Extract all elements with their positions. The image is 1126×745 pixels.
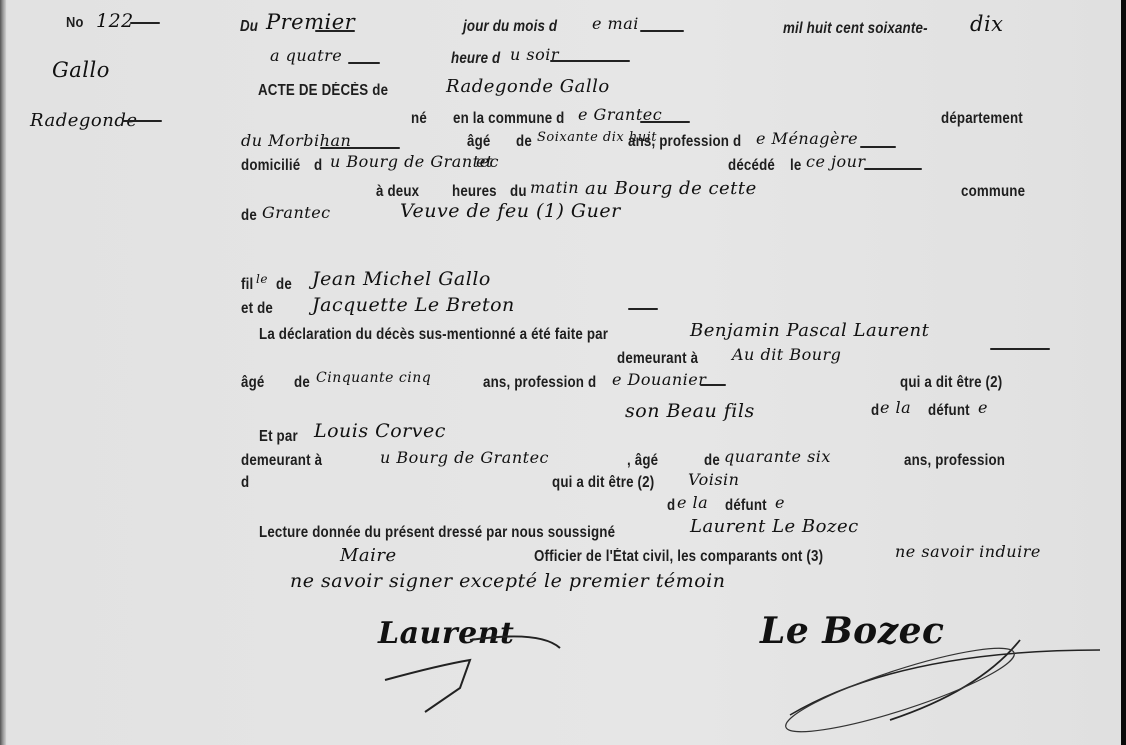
father-name-field: Jean Michel Gallo xyxy=(312,268,491,290)
year-suffix-field: dix xyxy=(970,12,1004,36)
ne-label: né xyxy=(411,110,427,128)
record-number-label: No xyxy=(66,14,84,31)
hour-field: a quatre xyxy=(270,46,342,65)
commune-label: en la commune d xyxy=(453,110,564,128)
statement-1-field: ne savoir induire xyxy=(895,542,1041,561)
margin-surname: Gallo xyxy=(52,58,110,82)
le-label: le xyxy=(790,157,801,175)
page-binding-edge xyxy=(0,0,6,745)
declarant1-name-underline xyxy=(990,348,1050,350)
acte-de-deces-label: ACTE DE DÉCÈS de xyxy=(258,82,388,100)
age-label: âgé xyxy=(467,133,490,151)
month-field: e mai xyxy=(592,14,639,33)
witness-signature: Laurent xyxy=(378,616,514,651)
heures-label: heures xyxy=(452,183,497,201)
officier-label: Officier de l'État civil, les comparants… xyxy=(534,548,823,566)
commune-underline xyxy=(640,121,690,123)
declarant1-age-de-label: de xyxy=(294,374,310,392)
declarant1-age-label: âgé xyxy=(241,374,264,392)
register-page: No 122 Gallo Radegonde Du Premier jour d… xyxy=(0,0,1126,745)
declarant2-de-label: d xyxy=(667,497,675,515)
declarant1-defunt-label: défunt xyxy=(928,402,970,420)
du-label: Du xyxy=(240,18,258,36)
profession-underline xyxy=(860,146,896,148)
statement-2-field: ne savoir signer excepté le premier témo… xyxy=(290,570,725,592)
jour-du-mois-label: jour du mois d xyxy=(463,18,557,36)
declarant2-profession-label: ans, profession xyxy=(904,452,1005,470)
day-underline xyxy=(315,30,355,32)
domicile-suffix: et xyxy=(476,152,493,171)
death-period-field: matin xyxy=(530,178,579,197)
fils-label: fil xyxy=(241,276,253,294)
departement-underline xyxy=(320,147,400,149)
et-de-label: et de xyxy=(241,300,273,318)
commune-label-2: commune xyxy=(961,183,1025,201)
death-commune-field: Grantec xyxy=(262,203,331,222)
margin-name-underline xyxy=(122,120,162,122)
record-number: 122 xyxy=(96,10,134,32)
domicile-field: u Bourg de Grantec xyxy=(330,152,499,171)
declarant2-residence-field: u Bourg de Grantec xyxy=(380,448,549,467)
declarant1-profession-underline xyxy=(700,384,726,386)
declarant1-relation-field: son Beau fils xyxy=(625,400,755,422)
time-a-label: à deux xyxy=(376,183,419,201)
year-label: mil huit cent soixante- xyxy=(783,20,928,38)
declarant1-profession-label: ans, profession d xyxy=(483,374,596,392)
age-de-label: de xyxy=(516,133,532,151)
declarant2-age-label: , âgé xyxy=(627,452,658,470)
ans-profession-label: ans, profession d xyxy=(628,133,741,151)
declarant2-de-suffix: e la xyxy=(677,493,708,512)
mother-name-field: Jacquette Le Breton xyxy=(312,294,515,316)
declarant2-defunt-label: défunt xyxy=(725,497,767,515)
departement-label: département xyxy=(941,110,1023,128)
declarant2-age-de-label: de xyxy=(704,452,720,470)
et-par-label: Et par xyxy=(259,428,298,446)
officer-signature: Le Bozec xyxy=(760,610,944,652)
declarant1-de-suffix: e la xyxy=(880,398,911,417)
declarant1-qui-label: qui a dit être (2) xyxy=(900,374,1002,392)
declarant1-age-field: Cinquante cinq xyxy=(316,370,431,386)
declarant1-profession-field: e Douanier xyxy=(612,370,706,389)
profession-field: e Ménagère xyxy=(756,129,858,148)
marital-status-field: Veuve de feu (1) Guer xyxy=(400,200,621,222)
death-date-underline xyxy=(864,168,922,170)
mother-underline xyxy=(628,308,658,310)
death-place-field: au Bourg de cette xyxy=(585,178,757,199)
fils-de-label: de xyxy=(276,276,292,294)
hour-underline xyxy=(348,62,380,64)
declarant1-defunt-suffix: e xyxy=(978,398,988,417)
decede-label: décédé xyxy=(728,157,775,175)
declarant2-age-field: quarante six xyxy=(724,447,831,466)
number-underline xyxy=(130,22,160,24)
period-underline xyxy=(550,60,630,62)
declarant2-d-label: d xyxy=(241,474,249,492)
du-label-2: du xyxy=(510,183,527,201)
declarant1-residence-field: Au dit Bourg xyxy=(732,345,841,364)
declarant2-qui-label: qui a dit être (2) xyxy=(552,474,654,492)
declarant2-demeurant-label: demeurant à xyxy=(241,452,322,470)
declaration-label: La déclaration du décès sus-mentionné a … xyxy=(259,326,608,344)
domicile-d-label: d xyxy=(314,157,322,175)
declarant1-demeurant-label: demeurant à xyxy=(617,350,698,368)
month-underline xyxy=(640,30,684,32)
declarant2-defunt-suffix: e xyxy=(775,493,785,512)
officer-title-field: Maire xyxy=(340,545,397,566)
page-dark-edge xyxy=(1121,0,1126,745)
declarant1-de-label: d xyxy=(871,402,879,420)
death-date-field: ce jour xyxy=(806,152,866,171)
heure-label: heure d xyxy=(451,50,500,68)
fils-suffix: le xyxy=(256,272,268,286)
declarant2-name-field: Louis Corvec xyxy=(314,420,446,442)
de-label: de xyxy=(241,207,257,225)
deceased-name-field: Radegonde Gallo xyxy=(446,76,610,97)
declarant1-name-field: Benjamin Pascal Laurent xyxy=(690,320,929,341)
declarant2-relation-field: Voisin xyxy=(688,470,739,489)
domicile-label: domicilié xyxy=(241,157,300,175)
lecture-label: Lecture donnée du présent dressé par nou… xyxy=(259,524,615,542)
officer-name-field: Laurent Le Bozec xyxy=(690,516,859,537)
